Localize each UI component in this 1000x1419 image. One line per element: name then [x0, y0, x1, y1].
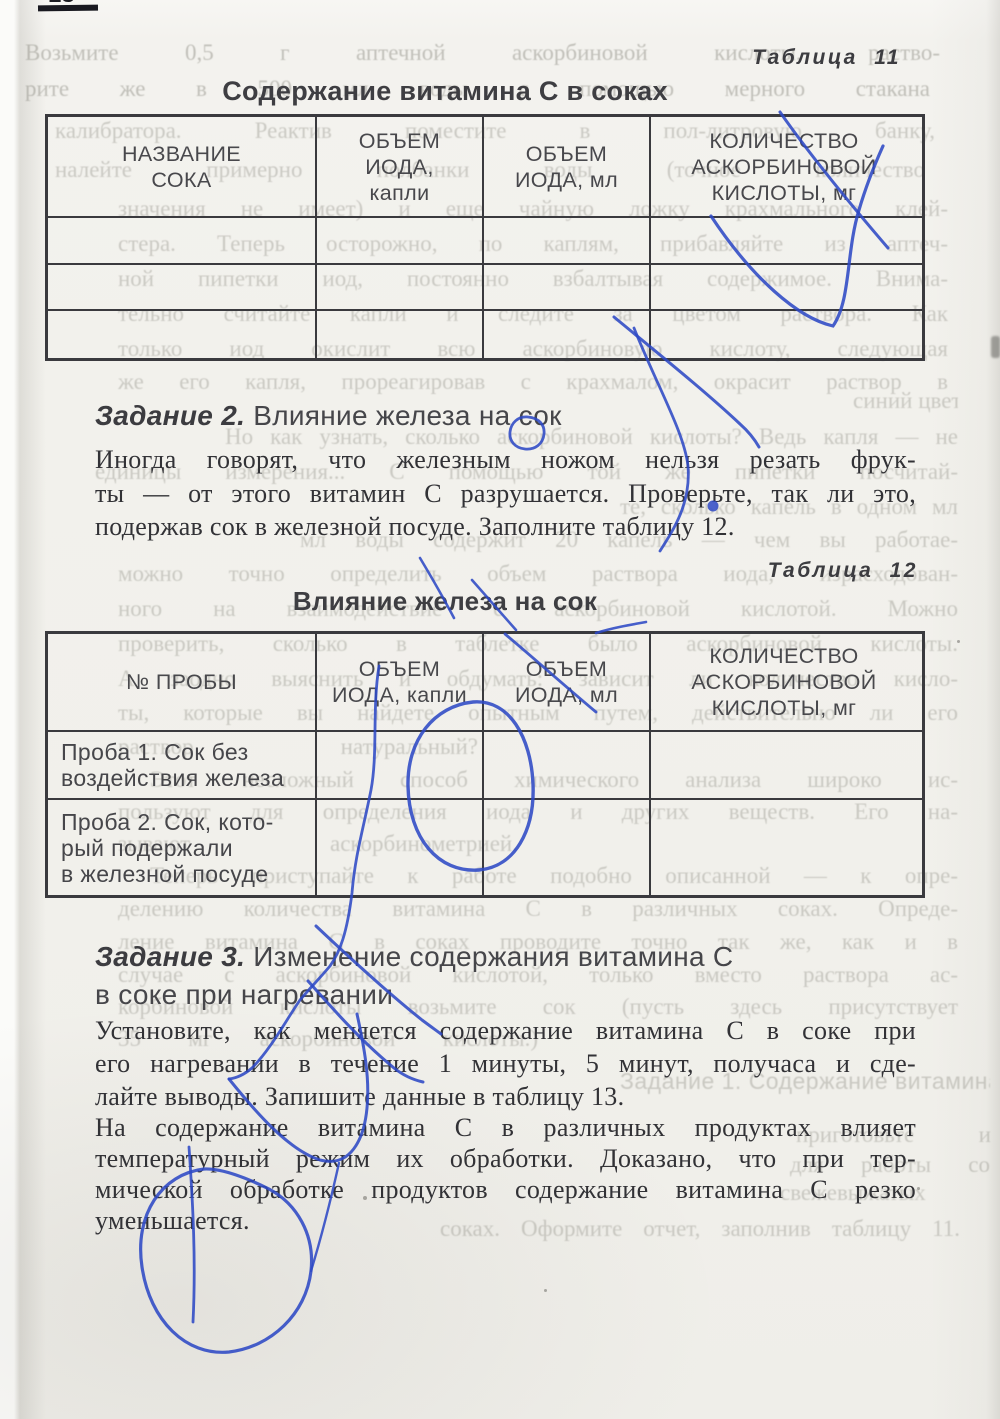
pen-stroke: [505, 634, 596, 712]
blue-pen-scribbles: [0, 0, 1000, 1419]
scanned-workbook-page: 18 Возьмите 0,5 г аптечной аскорбиновой …: [0, 0, 1000, 1419]
pen-stroke: [189, 1147, 194, 1322]
pen-stroke: [229, 1014, 368, 1161]
pen-stroke: [614, 317, 759, 447]
pen-stroke: [472, 580, 516, 630]
pen-stroke: [711, 146, 883, 326]
pen-stroke: [510, 417, 544, 449]
pen-stroke: [634, 328, 688, 551]
pen-stroke: [596, 622, 646, 633]
pen-stroke: [316, 926, 441, 1034]
pen-stroke: [311, 1163, 339, 1271]
pen-stroke: [420, 558, 454, 618]
pen-ink-blot: [708, 501, 719, 512]
pen-stroke: [141, 1169, 312, 1352]
pen-stroke: [408, 702, 533, 870]
pen-stroke: [780, 112, 888, 248]
